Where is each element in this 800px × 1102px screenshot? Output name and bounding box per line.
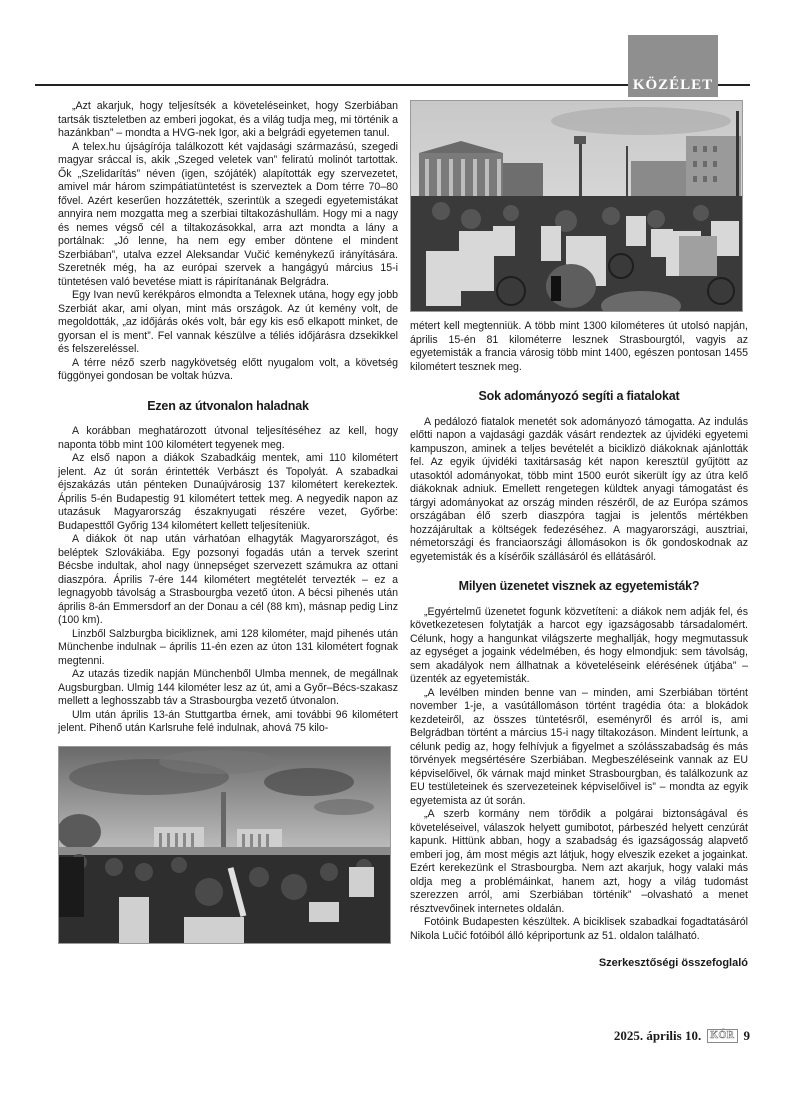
author-signature: Szerkesztőségi összefoglaló [410,957,748,971]
paragraph: Linzből Salzburgba bicikliznek, ami 128 … [58,628,398,669]
left-column: „Azt akarjuk, hogy teljesítsék a követel… [58,100,398,944]
paragraph: A korábban meghatározott útvonal teljesí… [58,425,398,452]
kor-logo-icon: KÓR [707,1029,737,1043]
subheading-message: Milyen üzenetet visznek az egyetemisták? [410,580,748,594]
issue-date: 2025. április 10. [614,1028,701,1044]
paragraph: „Egyértelmű üzenetet fogunk közvetíteni:… [410,606,748,687]
page-footer: 2025. április 10. KÓR 9 [614,1028,750,1044]
photo-heroes-square-crowd [58,746,391,944]
paragraph: A telex.hu újságírója találkozott két va… [58,141,398,290]
paragraph: Ulm után április 13-án Stuttgartba érnek… [58,709,398,736]
photo-cyclists-mucsarnok [410,100,743,312]
paragraph: métert kell megtenniük. A több mint 1300… [410,320,748,374]
right-column: métert kell megtenniük. A több mint 1300… [410,100,748,971]
paragraph: Az utazás tizedik napján Münchenből Ulmb… [58,668,398,709]
paragraph: A térre néző szerb nagykövetség előtt ny… [58,357,398,384]
paragraph: Az első napon a diákok Szabadkáig mentek… [58,452,398,533]
page-number: 9 [744,1028,751,1044]
paragraph: A diákok öt nap után várhatóan elhagyták… [58,533,398,628]
paragraph: A pedálozó fiatalok menetét sok adományo… [410,416,748,565]
subheading-donors: Sok adományozó segíti a fiatalokat [410,390,748,404]
paragraph: „Azt akarjuk, hogy teljesítsék a követel… [58,100,398,141]
subheading-route: Ezen az útvonalon haladnak [58,400,398,414]
paragraph: Egy Ivan nevű kerékpáros elmondta a Tele… [58,289,398,357]
section-label: KÖZÉLET [633,77,713,94]
paragraph: „A levélben minden benne van – minden, a… [410,687,748,809]
section-tab: KÖZÉLET [628,35,718,97]
paragraph: Fotóink Budapesten készültek. A biciklis… [410,916,748,943]
paragraph: „A szerb kormány nem törődik a polgárai … [410,808,748,916]
